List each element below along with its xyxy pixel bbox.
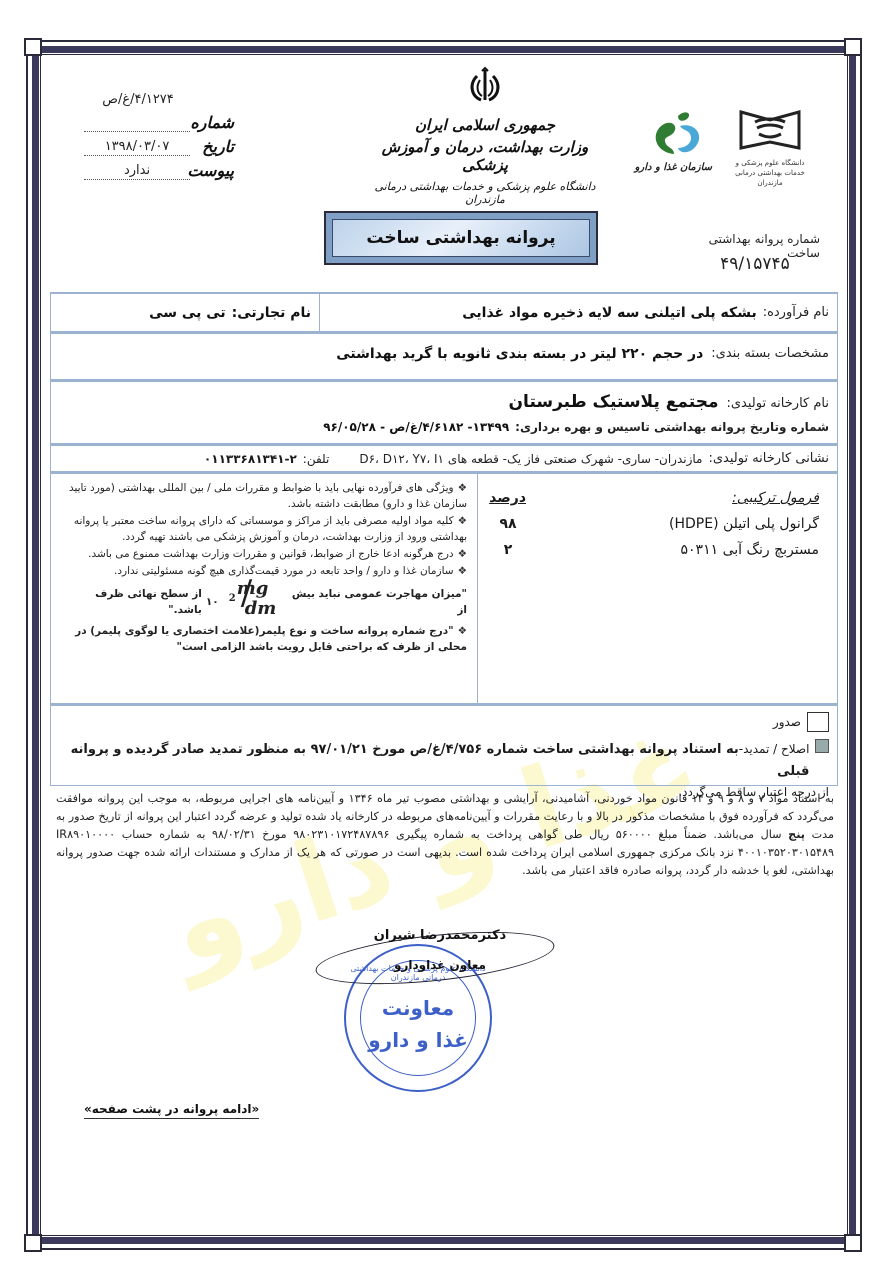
formula-item-name: گرانول پلی اتیلن (HDPE) [669,516,819,532]
fda-logo: سازمان غذا و دارو [640,108,712,173]
factory-name-label: نام کارخانه تولیدی: [726,396,829,411]
address-row: نشانی کارخانه تولیدی: مازندران- ساری- شه… [50,444,838,472]
ref-number-value: ۴/۱۲۷۴/غ/ص [84,92,192,107]
diamond-bullet-icon: ❖ [458,548,467,560]
document-title: پروانه بهداشتی ساخت [366,228,555,248]
factory-license-label: شماره وتاریخ پروانه بهداشتی تاسیس و بهره… [515,420,829,434]
validity-years: پنج [788,828,805,841]
ref-block: شماره تاریخ ۱۳۹۸/۰۳/۰۷ پیوست ندارد [84,108,234,180]
note-item: ❖ویژگی های فرآورده نهایی باید با ضوابط و… [59,480,467,512]
frame-corner [844,38,862,56]
diamond-bullet-icon: ❖ [458,625,467,637]
issue-option[interactable]: صدور [61,712,829,732]
migration-limit-note: "میزان مهاجرت عمومی نباید بیش از 2 mg / … [59,583,467,621]
renew-text: اصلاح / تمدید-به استناد پروانه بهداشتی س… [61,738,809,783]
legal-paragraph: به استناد مواد ۷ و ۸ و ۹ و ۱۴ قانون مواد… [56,790,834,880]
signatory-title: معاون غذاودارو [340,958,540,972]
emblem-republic: جمهوری اسلامی ایران [370,116,600,134]
diamond-bullet-icon: ❖ [458,565,467,577]
packaging-label: مشخصات بسته بندی: [711,346,829,379]
emblem-ministry: وزارت بهداشت، درمان و آموزش پزشکی [370,138,600,174]
diamond-bullet-icon: ❖ [458,515,467,527]
migration-prefix: "میزان مهاجرت عمومی نباید بیش از [280,586,467,618]
emblem-university: دانشگاه علوم پزشکی و خدمات بهداشتی درمان… [370,180,600,206]
continued-on-back: «ادامه پروانه در پشت صفحه» [84,1102,259,1119]
diamond-bullet-icon: ❖ [458,482,467,494]
product-name-label: نام فرآورده: [763,305,829,320]
percent-header: درصد [490,490,526,506]
frame-corner [24,38,42,56]
formula-item: گرانول پلی اتیلن (HDPE) ۹۸ [490,516,819,532]
ref-attachment-row: پیوست ندارد [84,156,234,180]
address-label: نشانی کارخانه تولیدی: [708,451,829,466]
title-banner: پروانه بهداشتی ساخت [324,211,598,265]
packaging-value: در حجم ۲۲۰ لیتر در بسته بندی ثانویه با گ… [336,346,703,379]
formula-item: مستربچ رنگ آبی ۵۰۳۱۱ ۲ [490,542,819,558]
note-item: ❖کلیه مواد اولیه مصرفی باید از مراکز و م… [59,513,467,545]
phone-label: تلفن: [303,452,330,466]
ref-number-label: شماره [190,113,234,132]
product-row: نام فرآورده: بشکه پلی اتیلنی سه لایه ذخی… [50,292,838,332]
ref-attachment-value: ندارد [84,163,190,180]
packaging-row: مشخصات بسته بندی: در حجم ۲۲۰ لیتر در بست… [50,332,838,380]
ref-date-value: ۱۳۹۸/۰۳/۰۷ [84,139,190,156]
stamp-line1: معاونت [346,996,490,1020]
formula-item-percent: ۹۸ [490,516,526,532]
polymer-note: ❖"درج شماره پروانه ساخت و نوع پلیمر(علام… [59,623,467,655]
ref-date-label: تاریخ [190,137,234,156]
migration-suffix: از سطح نهائی ظرف باشد." [59,586,202,618]
factory-name-line: نام کارخانه تولیدی: مجتمع پلاستیک طبرستا… [51,392,829,412]
ref-number-line [84,115,190,132]
ref-attachment-label: پیوست [190,161,234,180]
status-row: صدور اصلاح / تمدید-به استناد پروانه بهدا… [50,704,838,786]
factory-row: نام کارخانه تولیدی: مجتمع پلاستیک طبرستا… [50,380,838,444]
frame-corner [844,1234,862,1252]
fda-logo-text: سازمان غذا و دارو [640,162,712,173]
renew-checkbox[interactable] [815,739,829,753]
formula-notes-row: فرمول ترکیبی: درصد گرانول پلی اتیلن (HDP… [50,472,838,704]
brand-label: نام تجارتی: [232,305,311,321]
migration-value: ۱۰ [206,594,219,610]
signatory-name: دکترمحمدرضا شیران [340,928,540,943]
product-name: بشکه پلی اتیلنی سه لایه ذخیره مواد غذایی [462,305,756,321]
formula-item-percent: ۲ [490,542,526,558]
notes-panel: ❖ویژگی های فرآورده نهایی باید با ضوابط و… [51,474,477,703]
formula-header: فرمول ترکیبی: درصد [490,490,819,506]
university-logo-text: دانشگاه علوم پزشکی و خدمات بهداشتی درمان… [730,158,810,188]
renew-option[interactable]: اصلاح / تمدید-به استناد پروانه بهداشتی س… [61,738,829,783]
brand-cell: نام تجارتی: تی پی سی [51,294,319,331]
license-number: ۴۹/۱۵۷۴۵ [700,254,810,274]
emblem-block: جمهوری اسلامی ایران وزارت بهداشت، درمان … [370,66,600,206]
brand-name: تی پی سی [149,305,226,321]
formula-item-name: مستربچ رنگ آبی ۵۰۳۱۱ [681,542,819,558]
note-item: ❖درج هرگونه ادعا خارج از ضوابط، قوانین و… [59,546,467,562]
frame-corner [24,1234,42,1252]
university-logo-icon [737,108,803,152]
issue-checkbox[interactable] [807,712,829,732]
fda-logo-icon [644,108,708,160]
factory-name: مجتمع پلاستیک طبرستان [509,392,719,412]
ref-number-row: شماره [84,108,234,132]
note-item: ❖سازمان غذا و دارو / واحد تابعه در مورد … [59,563,467,579]
issue-label: صدور [773,715,801,729]
formula-title: فرمول ترکیبی: [732,490,819,506]
university-logo: دانشگاه علوم پزشکی و خدمات بهداشتی درمان… [730,108,810,188]
iran-emblem-icon [370,66,600,114]
factory-license-value: ۱۳۴۹۹- ۴/۶۱۸۲/غ/ص - ۹۶/۰۵/۲۸ [323,420,509,434]
address-value: مازندران- ساری- شهرک صنعتی فاز یک- قطعه … [359,452,702,466]
migration-unit: 2 mg / dm [223,583,277,621]
product-name-cell: نام فرآورده: بشکه پلی اتیلنی سه لایه ذخی… [319,294,837,331]
ref-date-row: تاریخ ۱۳۹۸/۰۳/۰۷ [84,132,234,156]
phone-value: ۰۱۱۳۳۶۸۱۳۴۱-۲ [204,452,297,466]
factory-license-line: شماره وتاریخ پروانه بهداشتی تاسیس و بهره… [51,420,829,434]
formula-panel: فرمول ترکیبی: درصد گرانول پلی اتیلن (HDP… [477,474,837,703]
stamp-line2: غذا و دارو [346,1028,490,1052]
